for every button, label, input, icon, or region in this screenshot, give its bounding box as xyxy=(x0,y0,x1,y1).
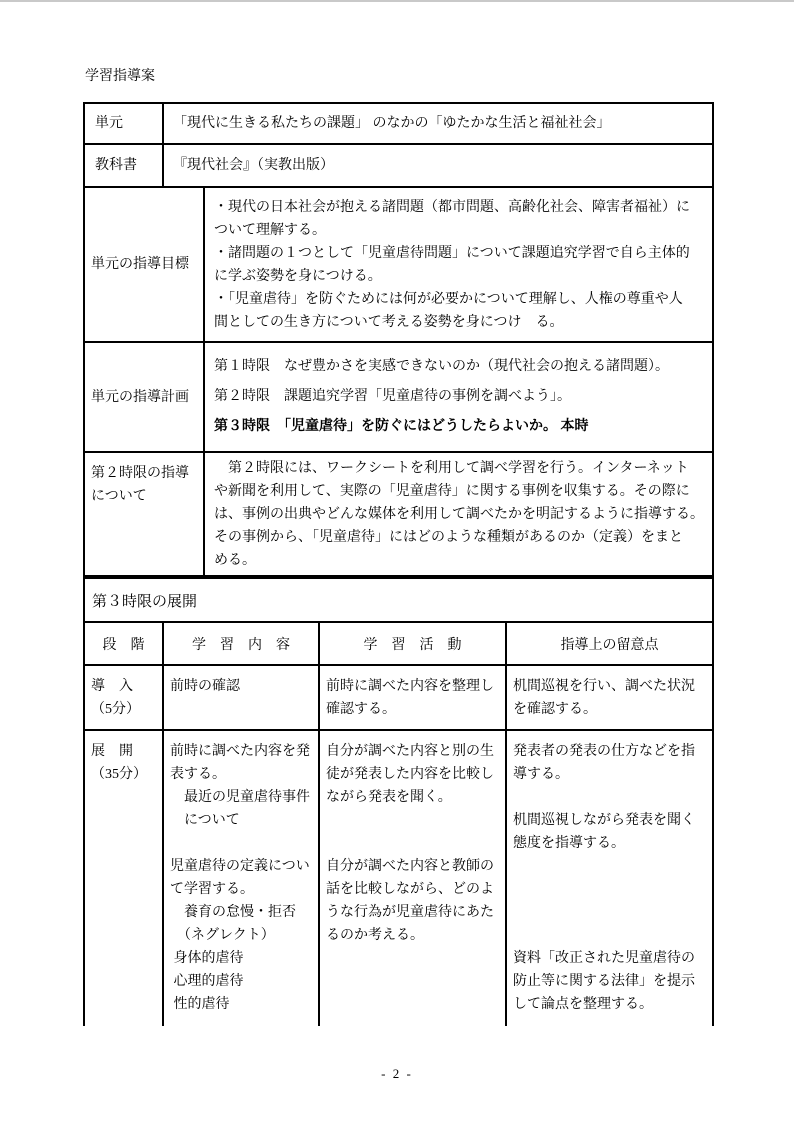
page-number: - 2 - xyxy=(0,1066,794,1082)
row-label-goals: 単元の指導目標 xyxy=(85,188,205,341)
row-value-goals: ・現代の日本社会が抱える諸問題（都市問題、高齢化社会、障害者福祉）に ついて理解… xyxy=(205,188,712,341)
row-label-period2-guidance: 第２時限の指導 について xyxy=(85,453,205,575)
lesson-flow-table: 第３時限の展開 段 階 学 習 内 容 学 習 活 動 指導上の留意点 導 入 … xyxy=(83,577,714,1026)
table-row-period2-guidance: 第２時限の指導 について 第２時限には、ワークシートを利用して調べ学習を行う。イ… xyxy=(85,453,712,575)
scan-artifact-strip xyxy=(0,0,794,2)
column-header-stage: 段 階 xyxy=(85,623,164,664)
table-row-plan: 単元の指導計画 第１時限 なぜ豊かさを実感できないのか（現代社会の抱える諸問題）… xyxy=(85,343,712,453)
cell-stage-introduction: 導 入 （5分） xyxy=(85,666,164,729)
table-row-unit: 単元 「現代に生きる私たちの課題」 のなかの「ゆたかな生活と福祉社会」 xyxy=(85,104,712,145)
row-value-textbook: 『現代社会』（実教出版） xyxy=(164,145,712,186)
column-header-content: 学 習 内 容 xyxy=(164,623,320,664)
row-label-textbook: 教科書 xyxy=(85,145,164,186)
cell-activity-introduction: 前時に調べた内容を整理し 確認する。 xyxy=(320,666,507,729)
cell-content-development: 前時に調べた内容を発 表する。 最近の児童虐待事件 について 児童虐待の定義につ… xyxy=(164,731,320,1026)
cell-activity-development: 自分が調べた内容と別の生 徒が発表した内容を比較し ながら発表を聞く。 自分が調… xyxy=(320,731,507,1026)
row-label-unit: 単元 xyxy=(85,104,164,143)
table-row-goals: 単元の指導目標 ・現代の日本社会が抱える諸問題（都市問題、高齢化社会、障害者福祉… xyxy=(85,188,712,343)
row-value-unit: 「現代に生きる私たちの課題」 のなかの「ゆたかな生活と福祉社会」 xyxy=(164,104,712,143)
plan-regular-lines: 第１時限 なぜ豊かさを実感できないのか（現代社会の抱える諸問題）。 第２時限 課… xyxy=(214,352,710,412)
cell-notes-development: 発表者の発表の仕方などを指 導する。 机間巡視しながら発表を聞く 態度を指導する… xyxy=(507,731,712,1026)
plan-bold-line: 第３時限 「児童虐待」を防ぐにはどうしたらよいか。 本時 xyxy=(214,412,710,442)
row-label-plan: 単元の指導計画 xyxy=(85,343,205,451)
info-table: 単元 「現代に生きる私たちの課題」 のなかの「ゆたかな生活と福祉社会」 教科書 … xyxy=(83,102,714,577)
table-row-introduction: 導 入 （5分） 前時の確認 前時に調べた内容を整理し 確認する。 机間巡視を行… xyxy=(85,666,712,731)
row-value-plan: 第１時限 なぜ豊かさを実感できないのか（現代社会の抱える諸問題）。 第２時限 課… xyxy=(205,343,712,451)
column-header-notes: 指導上の留意点 xyxy=(507,623,712,664)
table-row-development: 展 開 （35分） 前時に調べた内容を発 表する。 最近の児童虐待事件 について… xyxy=(85,731,712,1026)
section-header-period3: 第３時限の展開 xyxy=(85,579,712,623)
column-header-activity: 学 習 活 動 xyxy=(320,623,507,664)
cell-notes-introduction: 机間巡視を行い、調べた状況 を確認する。 xyxy=(507,666,712,729)
cell-stage-development: 展 開 （35分） xyxy=(85,731,164,1026)
row-value-period2-guidance: 第２時限には、ワークシートを利用して調べ学習を行う。インターネット や新聞を利用… xyxy=(205,453,712,575)
document-page: { "page": { "title": "学習指導案", "page_numb… xyxy=(0,0,794,1123)
table-row-textbook: 教科書 『現代社会』（実教出版） xyxy=(85,145,712,188)
document-title: 学習指導案 xyxy=(85,68,155,85)
cell-content-introduction: 前時の確認 xyxy=(164,666,320,729)
column-header-row: 段 階 学 習 内 容 学 習 活 動 指導上の留意点 xyxy=(85,623,712,666)
